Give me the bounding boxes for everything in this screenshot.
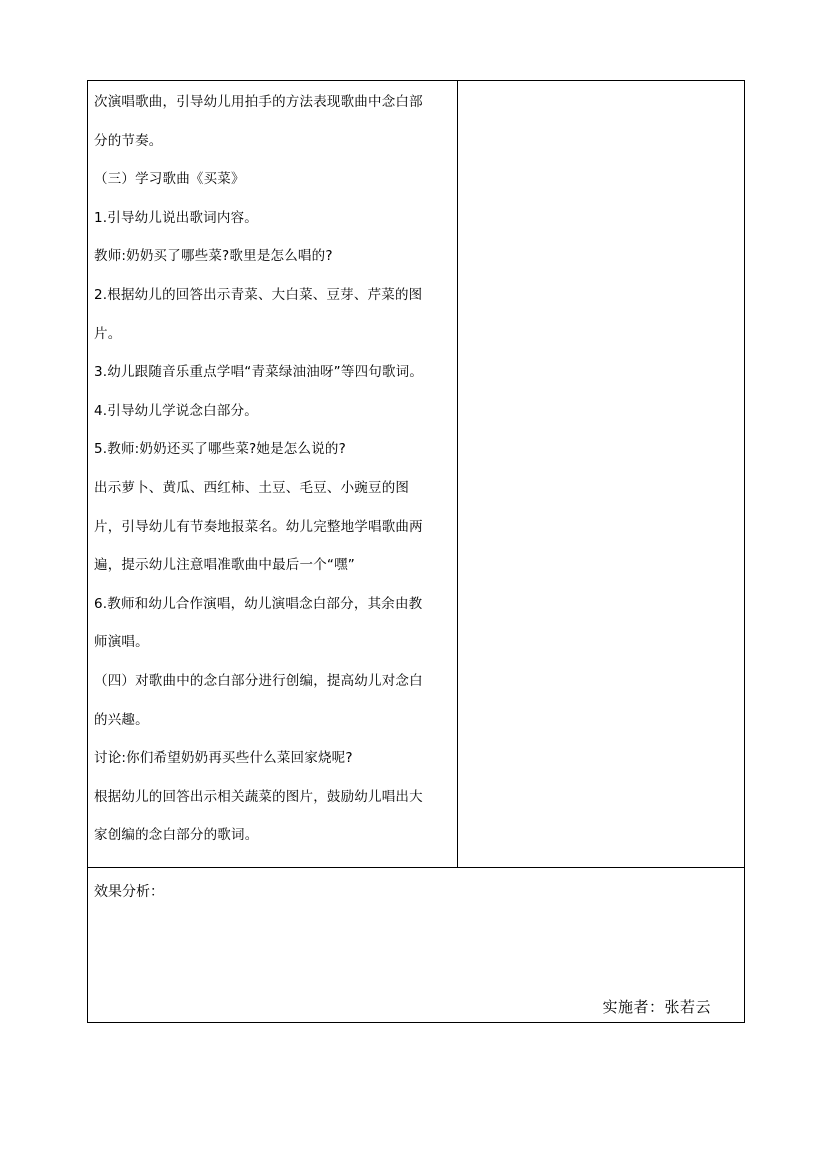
effect-analysis-cell: 效果分析： 实施者：张若云 <box>88 867 745 1022</box>
text-line: 5.教师:奶奶还买了哪些菜?她是怎么说的? <box>94 442 451 456</box>
text-line: 6.教师和幼儿合作演唱，幼儿演唱念白部分，其余由教 <box>94 597 451 611</box>
text-line: 分的节奏。 <box>94 134 451 148</box>
activity-process-cell: 次演唱歌曲，引导幼儿用拍手的方法表现歌曲中念白部 分的节奏。 （三）学习歌曲《买… <box>88 81 458 868</box>
section-heading: （四）对歌曲中的念白部分进行创编，提高幼儿对念白 <box>94 674 451 688</box>
text-line: 讨论:你们希望奶奶再买些什么菜回家烧呢? <box>94 751 451 765</box>
content-row: 次演唱歌曲，引导幼儿用拍手的方法表现歌曲中念白部 分的节奏。 （三）学习歌曲《买… <box>88 81 745 868</box>
text-line: 师演唱。 <box>94 635 451 649</box>
text-line: 4.引导幼儿学说念白部分。 <box>94 404 451 418</box>
text-line: 出示萝卜、黄瓜、西红柿、土豆、毛豆、小豌豆的图 <box>94 481 451 495</box>
text-line: 2.根据幼儿的回答出示青菜、大白菜、豆芽、芹菜的图 <box>94 288 451 302</box>
notes-cell <box>458 81 745 868</box>
effect-analysis-label: 效果分析： <box>94 884 164 900</box>
text-line: 的兴趣。 <box>94 713 451 727</box>
lesson-plan-table: 次演唱歌曲，引导幼儿用拍手的方法表现歌曲中念白部 分的节奏。 （三）学习歌曲《买… <box>87 80 745 1023</box>
text-line: 遍，提示幼儿注意唱准歌曲中最后一个“嘿” <box>94 558 451 572</box>
document-page: 次演唱歌曲，引导幼儿用拍手的方法表现歌曲中念白部 分的节奏。 （三）学习歌曲《买… <box>0 0 827 1170</box>
text-line: 次演唱歌曲，引导幼儿用拍手的方法表现歌曲中念白部 <box>94 95 451 109</box>
section-heading: （三）学习歌曲《买菜》 <box>94 172 451 186</box>
text-line: 1.引导幼儿说出歌词内容。 <box>94 211 451 225</box>
text-line: 教师:奶奶买了哪些菜?歌里是怎么唱的? <box>94 249 451 263</box>
implementer-signature: 实施者：张若云 <box>602 998 711 1016</box>
activity-process-text: 次演唱歌曲，引导幼儿用拍手的方法表现歌曲中念白部 分的节奏。 （三）学习歌曲《买… <box>88 81 457 842</box>
text-line: 家创编的念白部分的歌词。 <box>94 828 451 842</box>
text-line: 根据幼儿的回答出示相关蔬菜的图片，鼓励幼儿唱出大 <box>94 790 451 804</box>
text-line: 片，引导幼儿有节奏地报菜名。幼儿完整地学唱歌曲两 <box>94 520 451 534</box>
text-line: 片。 <box>94 327 451 341</box>
text-line: 3.幼儿跟随音乐重点学唱“青菜绿油油呀”等四句歌词。 <box>94 365 451 379</box>
analysis-row: 效果分析： 实施者：张若云 <box>88 867 745 1022</box>
